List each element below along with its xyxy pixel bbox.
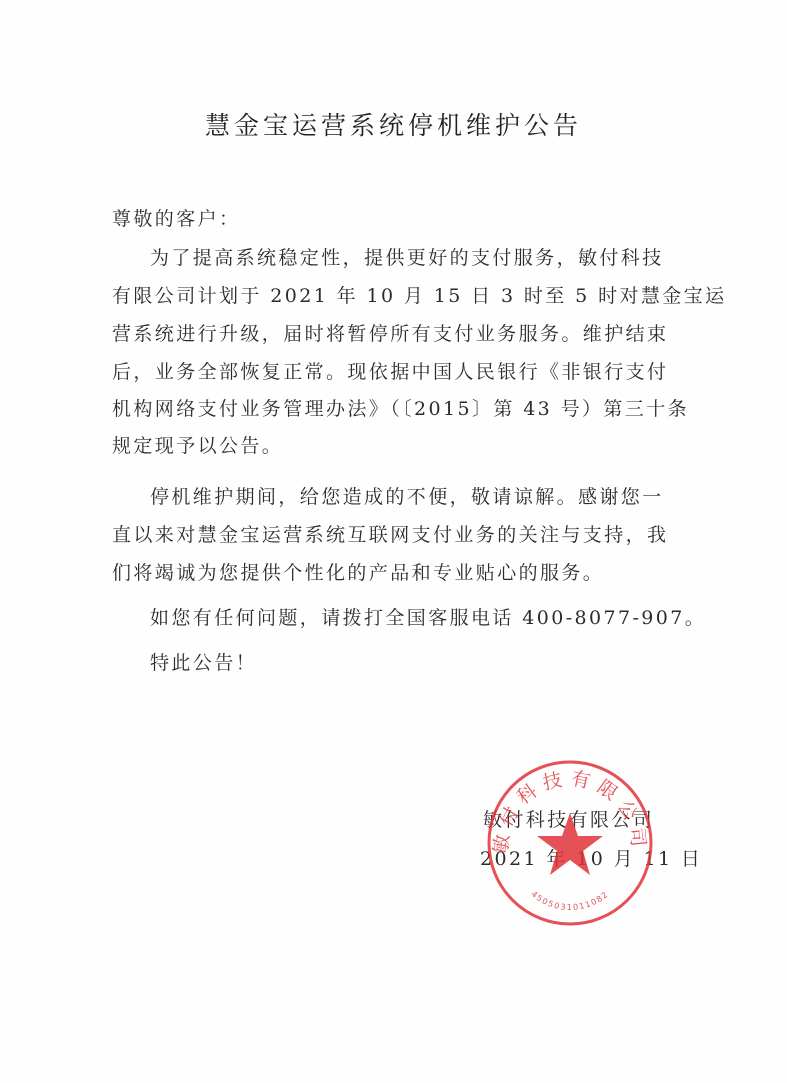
paragraph-2-line-1: 停机维护期间，给您造成的不便，敬请谅解。感谢您一 (150, 484, 664, 510)
paragraph-1-line-1: 为了提高系统稳定性，提供更好的支付服务，敏付科技 (150, 245, 664, 271)
signature-company: 敏付科技有限公司 (483, 807, 654, 833)
company-seal: 敏付科技有限公司 4505031011082 (485, 758, 655, 928)
paragraph-2-line-2: 直以来对慧金宝运营系统互联网支付业务的关注与支持，我 (112, 522, 668, 548)
paragraph-1-line-3: 营系统进行升级，届时将暂停所有支付业务服务。维护结束 (112, 321, 668, 347)
signature-date: 2021 年 10 月 11 日 (480, 846, 702, 872)
paragraph-1-line-4: 后，业务全部恢复正常。现依据中国人民银行《非银行支付 (112, 359, 668, 385)
salutation: 尊敬的客户： (112, 206, 240, 232)
contact-line: 如您有任何问题，请拨打全国客服电话 400-8077-907。 (150, 605, 706, 631)
document-title: 慧金宝运营系统停机维护公告 (0, 106, 787, 142)
document-page: 慧金宝运营系统停机维护公告 尊敬的客户： 为了提高系统稳定性，提供更好的支付服务… (0, 0, 787, 1083)
paragraph-1-line-6: 规定现予以公告。 (112, 433, 283, 459)
paragraph-1-line-2: 有限公司计划于 2021 年 10 月 15 日 3 时至 5 时对慧金宝运 (112, 283, 726, 309)
paragraph-2-line-3: 们将竭诚为您提供个性化的产品和专业贴心的服务。 (112, 560, 604, 586)
seal-serial-number: 4505031011082 (529, 889, 610, 912)
closing-line: 特此公告！ (150, 650, 257, 676)
paragraph-1-line-5: 机构网络支付业务管理办法》（〔2015〕第 43 号）第三十条 (112, 396, 689, 422)
